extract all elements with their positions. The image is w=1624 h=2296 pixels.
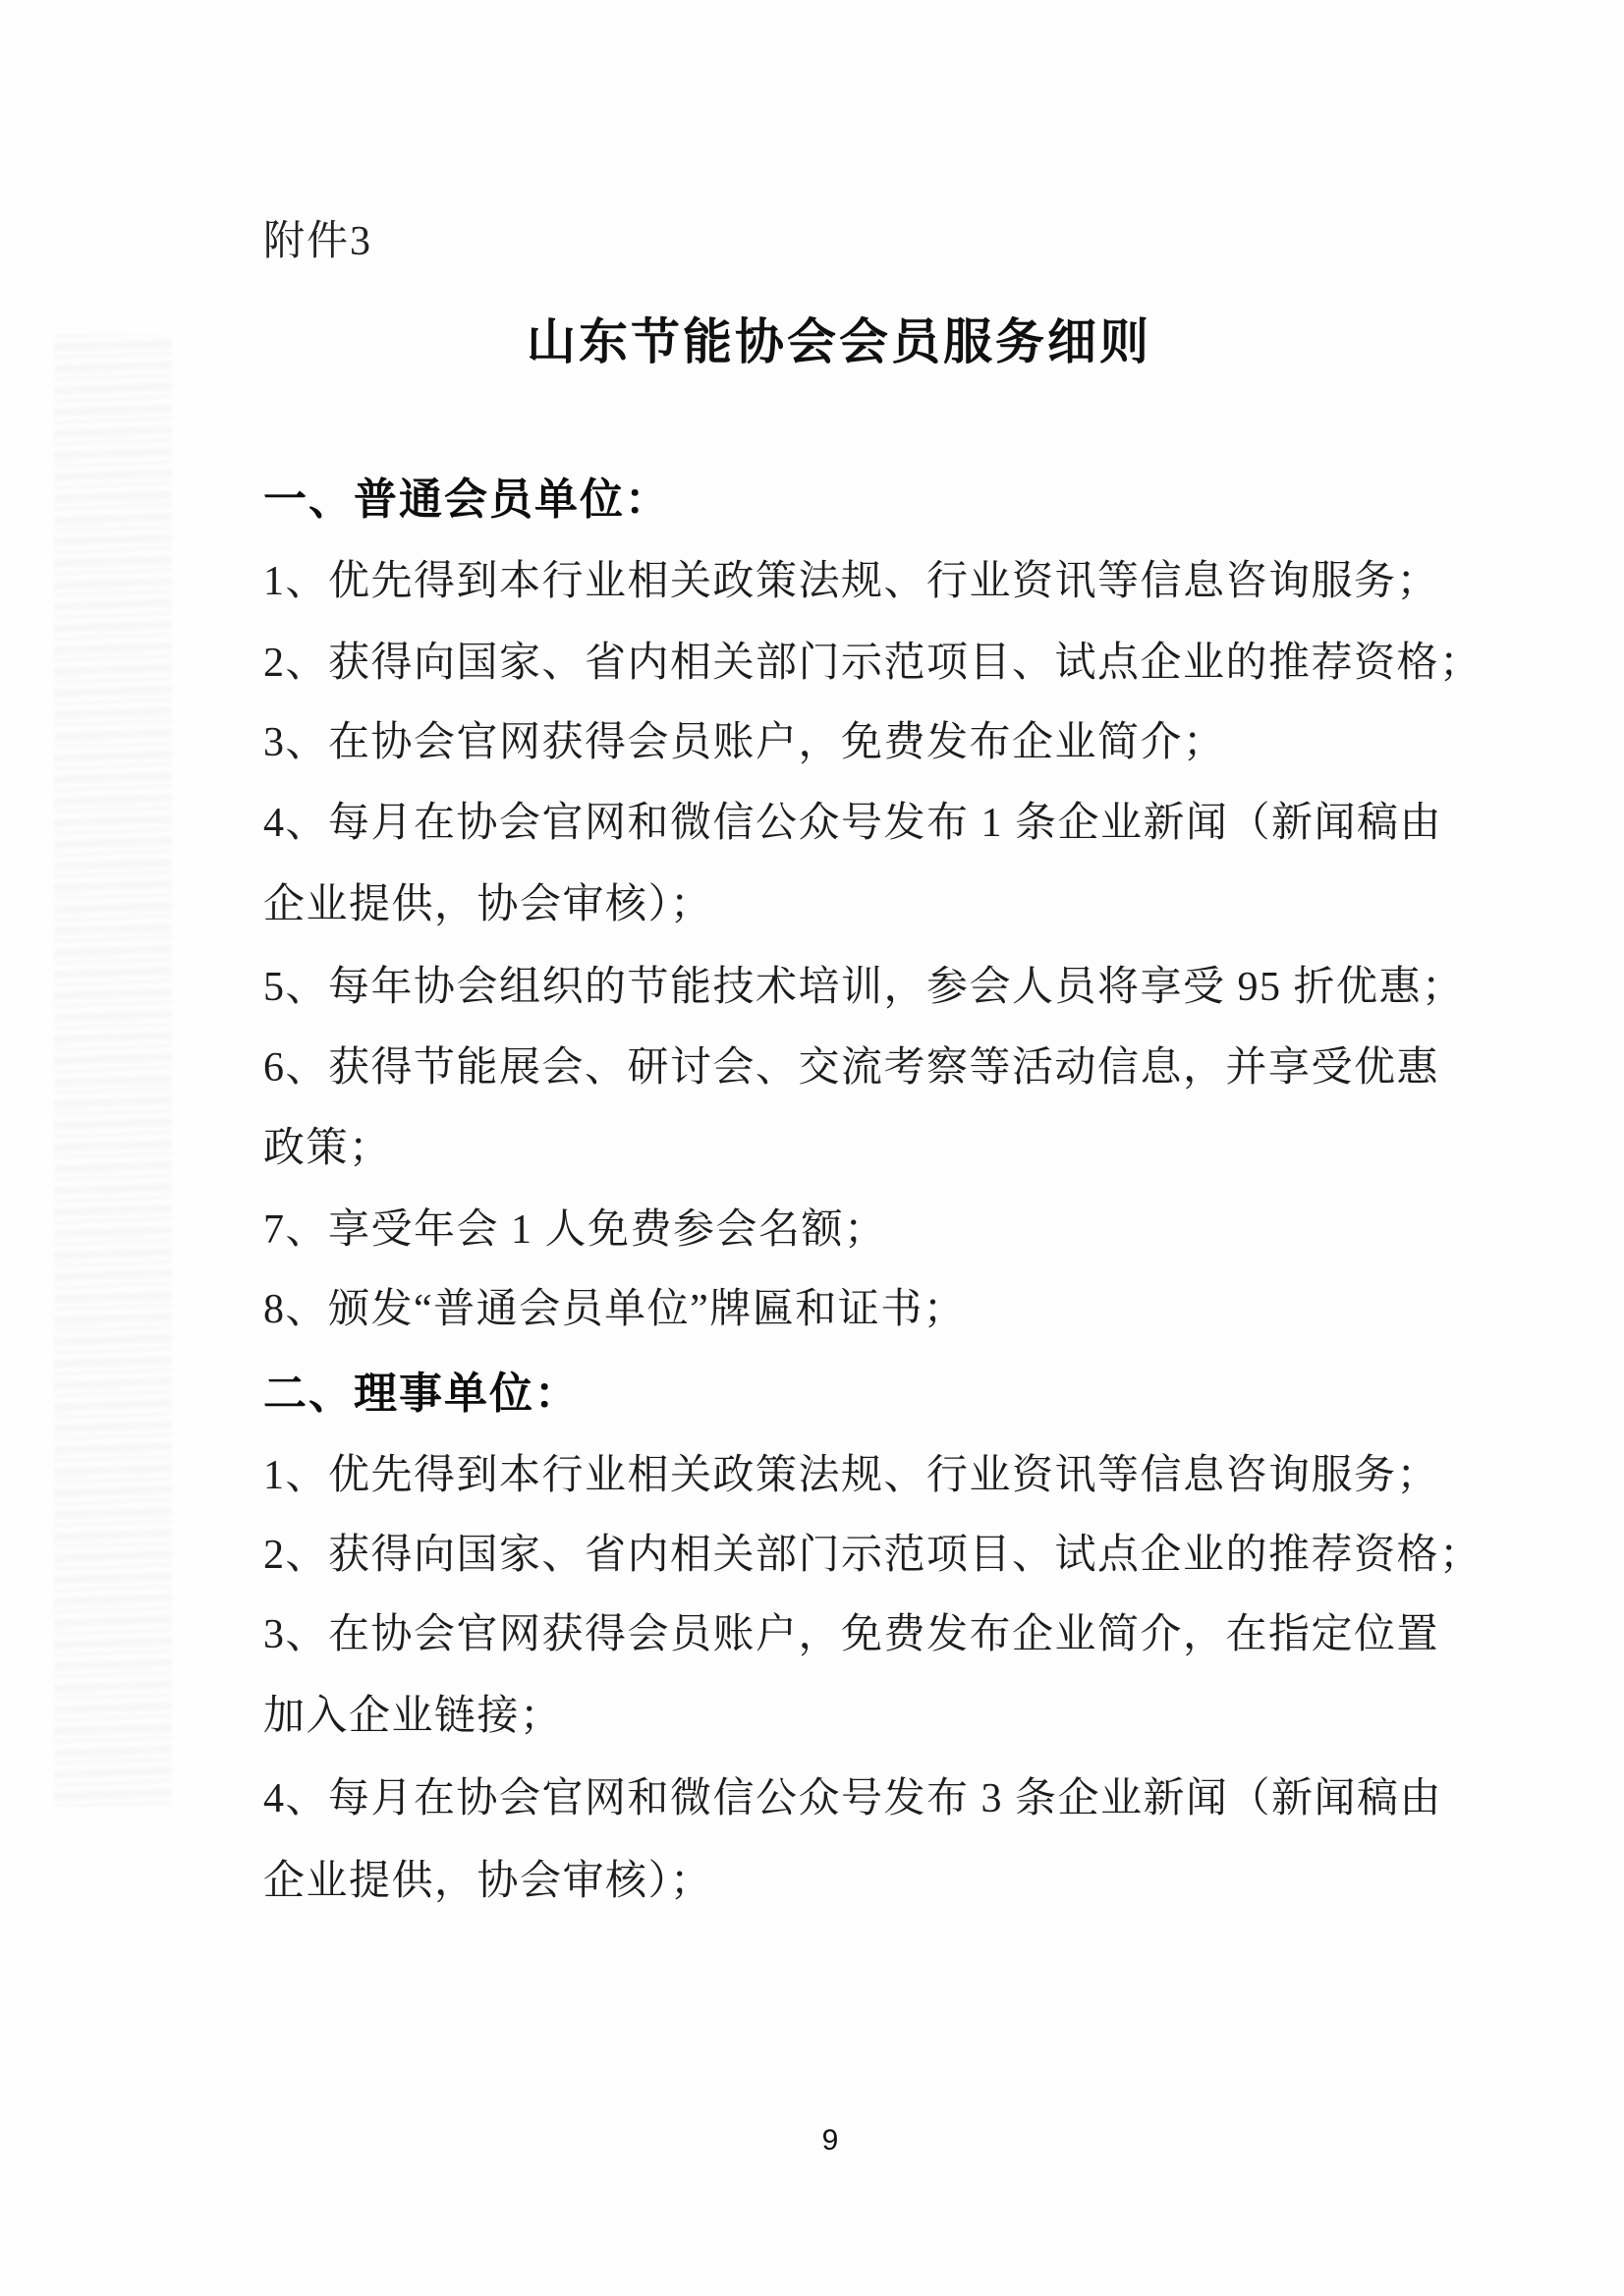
section-2-item-2: 2、获得向国家、省内相关部门示范项目、试点企业的推荐资格； xyxy=(263,1522,1418,1581)
section-1-item-6: 6、获得节能展会、研讨会、交流考察等活动信息，并享受优惠 xyxy=(263,1035,1418,1093)
page-number: 9 xyxy=(0,2124,1624,2157)
section-1-item-1: 1、优先得到本行业相关政策法规、行业资讯等信息咨询服务； xyxy=(263,548,1418,607)
section-1-item-5: 5、每年协会组织的节能技术培训，参会人员将享受 95 折优惠； xyxy=(263,954,1418,1013)
document-title: 山东节能协会会员服务细则 xyxy=(265,303,1413,373)
document-page: 附件3 山东节能协会会员服务细则 一、普通会员单位： 1、优先得到本行业相关政策… xyxy=(0,0,1624,2296)
section-1-item-2: 2、获得向国家、省内相关部门示范项目、试点企业的推荐资格； xyxy=(263,630,1418,689)
attachment-label: 附件3 xyxy=(263,208,372,267)
section-1-item-3: 3、在协会官网获得会员账户，免费发布企业简介； xyxy=(263,709,1418,768)
section-2-item-1: 1、优先得到本行业相关政策法规、行业资讯等信息咨询服务； xyxy=(263,1442,1418,1501)
section-1-item-4: 4、每月在协会官网和微信公众号发布 1 条企业新闻（新闻稿由 xyxy=(263,790,1418,849)
section-1-item-6-cont: 政策； xyxy=(263,1115,1418,1174)
section-2-heading: 二、理事单位： xyxy=(263,1358,580,1421)
section-1-item-4-cont: 企业提供，协会审核）； xyxy=(263,871,1418,930)
section-1-heading: 一、普通会员单位： xyxy=(263,464,670,527)
section-2-item-4: 4、每月在协会官网和微信公众号发布 3 条企业新闻（新闻稿由 xyxy=(263,1765,1418,1824)
section-2-item-3-cont: 加入企业链接； xyxy=(263,1683,1418,1742)
section-2-item-3: 3、在协会官网获得会员账户，免费发布企业简介，在指定位置 xyxy=(263,1601,1418,1660)
section-2-item-4-cont: 企业提供，协会审核）； xyxy=(263,1848,1418,1907)
scan-noise-artifact xyxy=(54,334,172,1808)
section-1-item-8: 8、颁发“普通会员单位”牌匾和证书； xyxy=(263,1276,1418,1335)
section-1-item-7: 7、享受年会 1 人免费参会名额； xyxy=(263,1197,1418,1256)
